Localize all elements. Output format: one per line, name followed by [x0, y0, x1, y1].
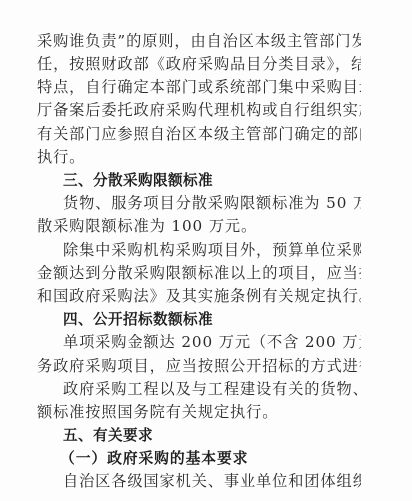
document-page: 采购谁负责”的原则，由自治区本级主管部门发挥采购人主体责 任，按照财政部《政府采… — [0, 0, 412, 501]
subsection-heading-1: （一）政府采购的基本要求 — [60, 447, 358, 470]
section-heading-4: 四、公开招标数额标准 — [63, 308, 361, 331]
body-line: 额标准按照国务院有关规定执行。 — [37, 401, 361, 424]
body-line: 任，按照财政部《政府采购品目分类目录》，结合自身业务和行业 — [37, 53, 361, 76]
body-line: 厅备案后委托政府采购代理机构或自行组织实施。各地（州市） — [37, 99, 361, 122]
paragraph-start: 自治区各级国家机关、事业单位和团体组织（以下简称采购 — [63, 470, 361, 493]
paragraph-start: 政府采购工程以及与工程建设有关的货物、服务公开招标数 — [63, 378, 361, 401]
body-line: 务政府采购项目，应当按照公开招标的方式进行。 — [37, 355, 361, 378]
section-heading-3: 三、分散采购限额标准 — [63, 169, 361, 192]
body-line: 特点，自行确定本部门或系统部门集中采购目录，报自治区财政 — [37, 76, 361, 99]
body-line: 有关部门应参照自治区本级主管部门确定的部门集中采购项目 — [37, 123, 361, 146]
body-line: 采购谁负责”的原则，由自治区本级主管部门发挥采购人主体责 — [37, 30, 361, 53]
body-line: 执行。 — [37, 146, 361, 169]
paragraph-start: 单项采购金额达 200 万元（不含 200 万元）以上的货物、服 — [63, 331, 361, 354]
paragraph-start: 除集中采购机构采购项目外，预算单位采购单项或批量预算 — [63, 239, 361, 262]
section-heading-5: 五、有关要求 — [63, 424, 361, 447]
body-line: 金额达到分散采购限额标准以上的项目，应当按照《中华人民共 — [37, 262, 361, 285]
paragraph-start: 货物、服务项目分散采购限额标准为 50 万元；工程项目分 — [63, 192, 361, 215]
body-line: 散采购限额标准为 100 万元。 — [37, 215, 361, 238]
body-line: 和国政府采购法》及其实施条例有关规定执行。 — [37, 285, 361, 308]
